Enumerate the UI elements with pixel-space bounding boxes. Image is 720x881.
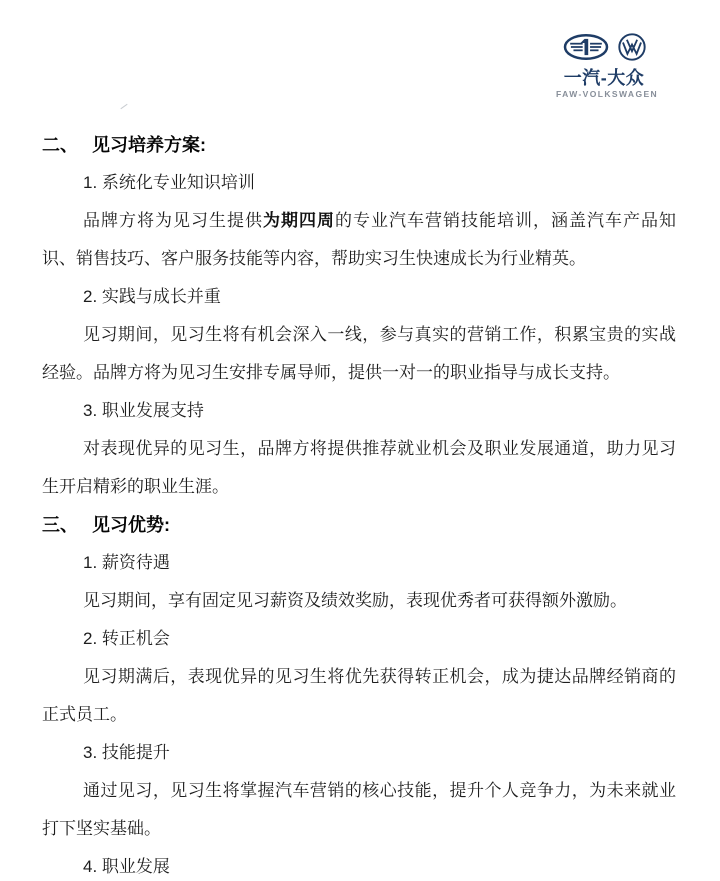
paragraph: 通过见习，见习生将掌握汽车营销的核心技能，提升个人竞争力，为未来就业打下坚实基础… <box>42 772 676 848</box>
list-item-label: 2. 实践与成长并重 <box>42 278 676 316</box>
document-page: { "logo": { "faw_icon": "faw-emblem", "v… <box>0 0 720 881</box>
paragraph: 对表现优异的见习生，品牌方将提供推荐就业机会及职业发展通道，助力见习生开启精彩的… <box>42 430 676 506</box>
list-item-label: 3. 职业发展支持 <box>42 392 676 430</box>
list-item-label: 4. 职业发展 <box>42 848 676 881</box>
paragraph-bold-text: 为期四周 <box>263 211 335 230</box>
section-title: 见习优势: <box>92 515 170 535</box>
list-item-label: 1. 薪资待遇 <box>42 544 676 582</box>
section-heading-3: 三、见习优势: <box>42 506 676 544</box>
document-body: 二、见习培养方案: 1. 系统化专业知识培训 品牌方将为见习生提供为期四周的专业… <box>0 0 720 881</box>
list-item-label: 2. 转正机会 <box>42 620 676 658</box>
paragraph-text: 品牌方将为见习生提供 <box>83 211 263 230</box>
section-title: 见习培养方案: <box>92 135 206 155</box>
paragraph: 见习期满后，表现优异的见习生将优先获得转正机会，成为捷达品牌经销商的正式员工。 <box>42 658 676 734</box>
paragraph: 品牌方将为见习生提供为期四周的专业汽车营销技能培训，涵盖汽车产品知识、销售技巧、… <box>42 202 676 278</box>
section-heading-2: 二、见习培养方案: <box>42 126 676 164</box>
list-item-label: 3. 技能提升 <box>42 734 676 772</box>
list-item-label: 1. 系统化专业知识培训 <box>42 164 676 202</box>
paragraph: 见习期间，见习生将有机会深入一线，参与真实的营销工作，积累宝贵的实战经验。品牌方… <box>42 316 676 392</box>
paragraph: 见习期间，享有固定见习薪资及绩效奖励，表现优秀者可获得额外激励。 <box>42 582 676 620</box>
section-number: 三、 <box>42 515 78 535</box>
section-number: 二、 <box>42 135 78 155</box>
